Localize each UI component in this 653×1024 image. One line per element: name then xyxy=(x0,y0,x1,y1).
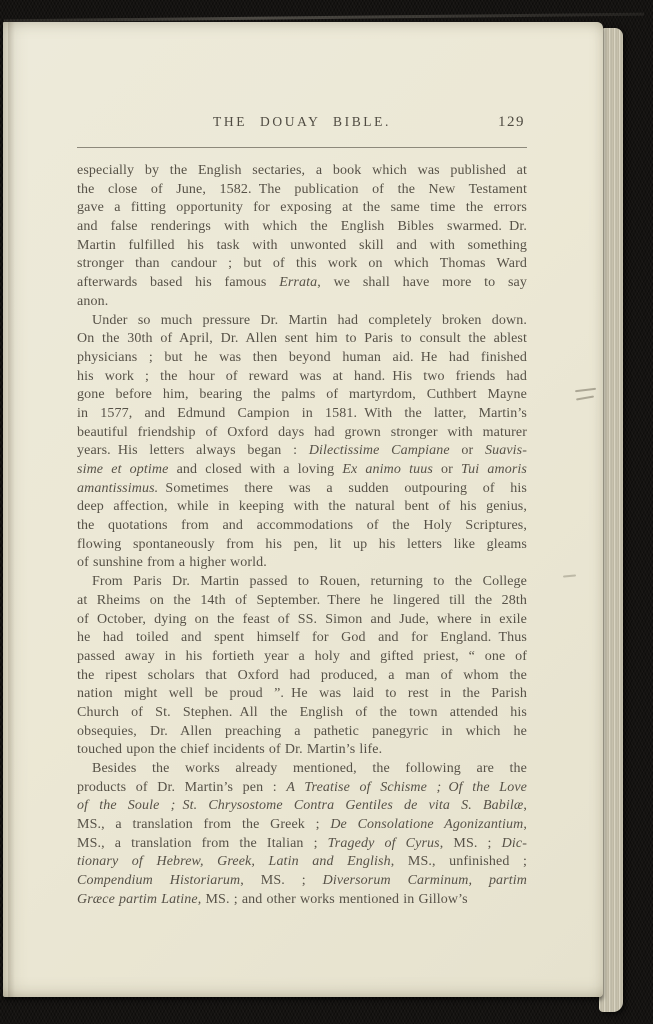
text-line: years. His letters always began : Dilect… xyxy=(77,442,527,461)
text-run: flowing spontaneously from his pen, lit … xyxy=(77,537,527,552)
text-run: Under so much pressure Dr. Martin had co… xyxy=(92,313,527,328)
italic-text-run: Dilectissime Campiane xyxy=(309,443,450,458)
italic-text-run: tionary of Hebrew, Greek, Latin and Engl… xyxy=(77,854,391,869)
text-run: gave a fitting opportunity for exposing … xyxy=(77,200,527,215)
text-run: , MS., unfinished ; xyxy=(391,854,527,869)
text-run: afterwards based his famous xyxy=(77,275,279,290)
text-run: MS., a translation from the Italian ; xyxy=(77,836,328,851)
text-run: the quotations from and accommodations o… xyxy=(77,518,527,533)
text-run: physicians ; but he was then beyond huma… xyxy=(77,350,527,365)
text-line: From Paris Dr. Martin passed to Rouen, r… xyxy=(77,573,527,592)
book-photo: { "header": { "title": "THE DOUAY BIBLE.… xyxy=(0,0,653,1024)
text-line: and false renderings with which the Engl… xyxy=(77,218,527,237)
text-run: passed away in his fortieth year a holy … xyxy=(77,649,527,664)
text-run: of October, dying on the feast of SS. Si… xyxy=(77,612,527,627)
text-line: gave a fitting opportunity for exposing … xyxy=(77,199,527,218)
text-line: flowing spontaneously from his pen, lit … xyxy=(77,536,527,555)
text-run: he had toiled and spent himself for God … xyxy=(77,630,527,645)
text-run: Sometimes there was a sudden outpouring … xyxy=(158,481,527,496)
text-line: in 1577, and Edmund Campion in 1581. Wit… xyxy=(77,405,527,424)
italic-text-run: Compendium Historiarum xyxy=(77,873,240,888)
running-title: THE DOUAY BIBLE. xyxy=(77,114,527,130)
text-line: Compendium Historiarum, MS. ; Diversorum… xyxy=(77,872,527,891)
page-body-text: especially by the English sectaries, a b… xyxy=(77,162,527,910)
text-run: Besides the works already mentioned, the… xyxy=(92,761,527,776)
text-run: his work ; the hour of reward was at han… xyxy=(77,369,527,384)
text-line: products of Dr. Martin’s pen : A Treatis… xyxy=(77,779,527,798)
text-line: Græce partim Latine, MS. ; and other wor… xyxy=(77,891,527,910)
text-line: of the Soule ; St. Chrysostome Contra Ge… xyxy=(77,797,527,816)
text-line: the close of June, 1582. The publication… xyxy=(77,181,527,200)
text-run: obsequies, Dr. Allen preaching a patheti… xyxy=(77,724,527,739)
text-line: the quotations from and accommodations o… xyxy=(77,517,527,536)
italic-text-run: of the Soule ; St. Chrysostome Contra Ge… xyxy=(77,798,523,813)
text-run: nation might well be proud ”. He was lai… xyxy=(77,686,527,701)
header-rule xyxy=(77,147,527,148)
text-line: Martin fulfilled his task with unwonted … xyxy=(77,237,527,256)
text-line: anon. xyxy=(77,293,527,312)
text-line: MS., a translation from the Italian ; Tr… xyxy=(77,835,527,854)
book-cover-edge xyxy=(4,13,644,23)
text-run: MS., a translation from the Greek ; xyxy=(77,817,330,832)
text-run: touched upon the chief incidents of Dr. … xyxy=(77,742,382,757)
text-line: On the 30th of April, Dr. Allen sent him… xyxy=(77,330,527,349)
text-line: he had toiled and spent himself for God … xyxy=(77,629,527,648)
italic-text-run: De Consolatione Agonizantium xyxy=(330,817,523,832)
text-line: gone before him, bearing the palms of ma… xyxy=(77,386,527,405)
text-run: products of Dr. Martin’s pen : xyxy=(77,780,286,795)
text-run: Church of St. Stephen. All the English o… xyxy=(77,705,527,720)
text-run: , MS. ; and other works mentioned in Gil… xyxy=(198,892,468,907)
text-run: deep affection, while in keeping with th… xyxy=(77,499,527,514)
text-line: tionary of Hebrew, Greek, Latin and Engl… xyxy=(77,853,527,872)
text-column: THE DOUAY BIBLE. 129 especially by the E… xyxy=(77,22,527,910)
italic-text-run: sime et optime xyxy=(77,462,169,477)
text-line: Besides the works already mentioned, the… xyxy=(77,760,527,779)
text-line: touched upon the chief incidents of Dr. … xyxy=(77,741,527,760)
text-run: , we shall have more to say xyxy=(317,275,527,290)
italic-text-run: Græce partim Latine xyxy=(77,892,198,907)
text-run: at Rheims on the 14th of September. Ther… xyxy=(77,593,527,608)
text-line: Under so much pressure Dr. Martin had co… xyxy=(77,312,527,331)
text-line: deep affection, while in keeping with th… xyxy=(77,498,527,517)
text-run: the close of June, 1582. The publication… xyxy=(77,182,527,197)
italic-text-run: Suavis- xyxy=(485,443,527,458)
margin-pencil-mark xyxy=(576,395,594,400)
text-line: amantissimus. Sometimes there was a sudd… xyxy=(77,480,527,499)
text-run: especially by the English sectaries, a b… xyxy=(77,163,527,178)
text-run: of sunshine from a higher world. xyxy=(77,555,267,570)
text-run: in 1577, and Edmund Campion in 1581. Wit… xyxy=(77,406,527,421)
text-line: especially by the English sectaries, a b… xyxy=(77,162,527,181)
text-line: of sunshine from a higher world. xyxy=(77,554,527,573)
text-run: , xyxy=(523,817,527,832)
text-line: stronger than candour ; but of this work… xyxy=(77,255,527,274)
page-header: THE DOUAY BIBLE. 129 xyxy=(77,114,527,134)
margin-pencil-mark xyxy=(575,388,596,392)
text-line: beautiful friendship of Oxford days had … xyxy=(77,424,527,443)
italic-text-run: amantissimus. xyxy=(77,481,158,496)
text-run: anon. xyxy=(77,294,108,309)
text-line: MS., a translation from the Greek ; De C… xyxy=(77,816,527,835)
margin-pencil-mark xyxy=(563,574,576,577)
text-line: the ripest scholars that Oxford had prod… xyxy=(77,667,527,686)
italic-text-run: Dic- xyxy=(502,836,527,851)
text-run: , xyxy=(523,798,527,813)
text-line: his work ; the hour of reward was at han… xyxy=(77,368,527,387)
text-run: stronger than candour ; but of this work… xyxy=(77,256,527,271)
text-line: passed away in his fortieth year a holy … xyxy=(77,648,527,667)
italic-text-run: Tui amoris xyxy=(461,462,527,477)
text-line: at Rheims on the 14th of September. Ther… xyxy=(77,592,527,611)
text-run: the ripest scholars that Oxford had prod… xyxy=(77,668,527,683)
book-page: THE DOUAY BIBLE. 129 especially by the E… xyxy=(3,22,603,997)
text-run: From Paris Dr. Martin passed to Rouen, r… xyxy=(92,574,527,589)
text-line: afterwards based his famous Errata, we s… xyxy=(77,274,527,293)
text-run: beautiful friendship of Oxford days had … xyxy=(77,425,527,440)
italic-text-run: Tragedy of Cyrus xyxy=(328,836,440,851)
text-run: , MS. ; xyxy=(440,836,502,851)
italic-text-run: Diversorum Carminum, partim xyxy=(323,873,527,888)
text-run: gone before him, bearing the palms of ma… xyxy=(77,387,527,402)
text-run: , MS. ; xyxy=(240,873,322,888)
text-run: or xyxy=(450,443,485,458)
text-run: and closed with a loving xyxy=(169,462,343,477)
text-line: nation might well be proud ”. He was lai… xyxy=(77,685,527,704)
page-number: 129 xyxy=(498,114,525,131)
italic-text-run: A Treatise of Schisme ; Of the Love xyxy=(286,780,527,795)
text-line: obsequies, Dr. Allen preaching a patheti… xyxy=(77,723,527,742)
text-run: and false renderings with which the Engl… xyxy=(77,219,527,234)
italic-text-run: Ex animo tuus xyxy=(342,462,433,477)
text-run: years. His letters always began : xyxy=(77,443,309,458)
text-run: or xyxy=(433,462,461,477)
italic-text-run: Errata xyxy=(279,275,317,290)
text-line: physicians ; but he was then beyond huma… xyxy=(77,349,527,368)
text-line: sime et optime and closed with a loving … xyxy=(77,461,527,480)
text-run: On the 30th of April, Dr. Allen sent him… xyxy=(77,331,527,346)
text-line: of October, dying on the feast of SS. Si… xyxy=(77,611,527,630)
text-run: Martin fulfilled his task with unwonted … xyxy=(77,238,527,253)
text-line: Church of St. Stephen. All the English o… xyxy=(77,704,527,723)
